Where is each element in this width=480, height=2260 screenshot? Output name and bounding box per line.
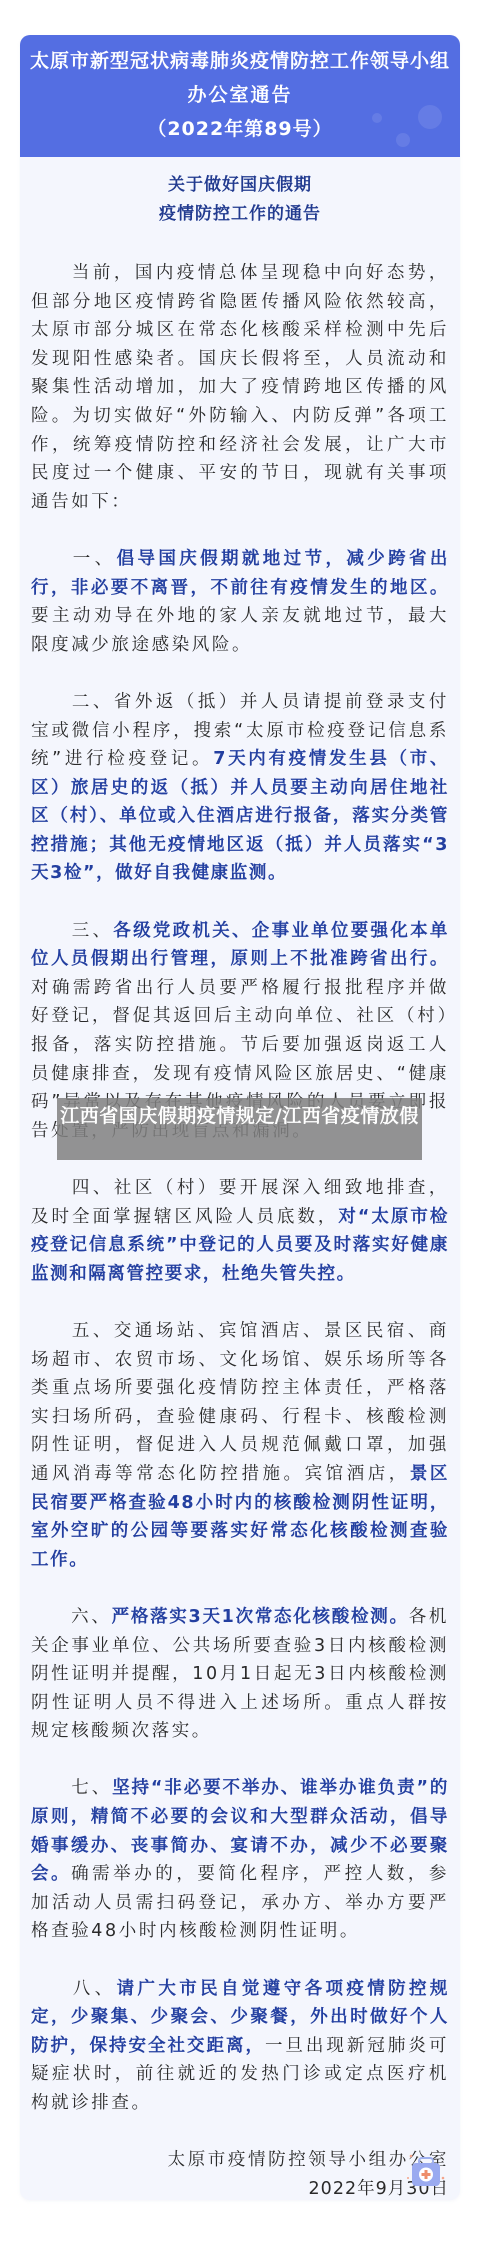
item-number: 七、	[71, 1778, 112, 1798]
notice-body: 当前，国内疫情总体呈现稳中向好态势，但部分地区疫情跨省隐匿传播风险依然较高，太原…	[20, 259, 460, 2118]
item-number: 三、	[71, 921, 113, 941]
intro-text: 当前，国内疫情总体呈现稳中向好态势，但部分地区疫情跨省隐匿传播风险依然较高，太原…	[31, 263, 449, 512]
subtitle-line1: 关于做好国庆假期	[20, 171, 460, 200]
item-number: 六、	[71, 1607, 112, 1627]
item-highlight: 7天内有疫情发生县（市、区）旅居史的返（抵）并人员要主动向居住地社区（村）、单位…	[31, 749, 449, 883]
item-1: 一、倡导国庆假期就地过节，减少跨省出行，非必要不离晋，不前往有疫情发生的地区。要…	[31, 545, 449, 659]
item-text: 各机关企事业单位、公共场所要查验3日内核酸检测阴性证明并提醒，10月1日起无3日…	[31, 1607, 449, 1741]
notice-header: 太原市新型冠状病毒肺炎疫情防控工作领导小组 办公室通告 （2022年第89号）	[20, 35, 460, 157]
notice-subtitle: 关于做好国庆假期 疫情防控工作的通告	[20, 171, 460, 229]
item-number: 四、	[71, 1178, 114, 1198]
item-number: 八、	[71, 1979, 117, 1999]
signature-date: 2022年9月30日	[20, 2175, 449, 2200]
item-number: 二、	[71, 692, 114, 712]
item-number: 一、	[71, 549, 117, 569]
item-2: 二、省外返（抵）并人员请提前登录支付宝或微信小程序，搜索“太原市检疫登记信息系统…	[31, 688, 449, 888]
item-8: 八、请广大市民自觉遵守各项疫情防控规定，少聚集、少聚会、少聚餐，外出时做好个人防…	[31, 1975, 449, 2118]
item-text: 确需举办的，要简化程序，严控人数，参加活动人员需扫码登记，承办方、举办方要严格查…	[31, 1864, 449, 1941]
subtitle-line2: 疫情防控工作的通告	[20, 200, 460, 229]
header-issue-number: （2022年第89号）	[20, 115, 460, 143]
signature-block: 太原市疫情防控领导小组办公室 2022年9月30日	[20, 2146, 460, 2200]
item-5: 五、交通场站、宾馆酒店、景区民宿、商场超市、农贸市场、文化场馆、娱乐场所等各类重…	[31, 1317, 449, 1574]
signature-org: 太原市疫情防控领导小组办公室	[20, 2146, 449, 2175]
header-title-line1: 太原市新型冠状病毒肺炎疫情防控工作领导小组	[20, 47, 460, 75]
item-7: 七、坚持“非必要不举办、谁举办谁负责”的原则，精简不必要的会议和大型群众活动，倡…	[31, 1774, 449, 1946]
item-highlight: 严格落实3天1次常态化核酸检测。	[112, 1607, 409, 1627]
medical-kit-icon	[406, 2154, 446, 2190]
header-title-line2: 办公室通告	[20, 81, 460, 109]
item-4: 四、社区（村）要开展深入细致地排查，及时全面掌握辖区风险人员底数，对“太原市检疫…	[31, 1174, 449, 1288]
item-text: 交通场站、宾馆酒店、景区民宿、商场超市、农贸市场、文化场馆、娱乐场所等各类重点场…	[31, 1321, 449, 1484]
overlay-title-banner: 江西省国庆假期疫情规定/江西省疫情放假	[57, 1098, 422, 1160]
intro-paragraph: 当前，国内疫情总体呈现稳中向好态势，但部分地区疫情跨省隐匿传播风险依然较高，太原…	[31, 259, 449, 516]
item-6: 六、严格落实3天1次常态化核酸检测。各机关企事业单位、公共场所要查验3日内核酸检…	[31, 1603, 449, 1746]
item-text: 要主动劝导在外地的家人亲友就地过节，最大限度减少旅途感染风险。	[31, 606, 449, 655]
item-number: 五、	[71, 1321, 114, 1341]
